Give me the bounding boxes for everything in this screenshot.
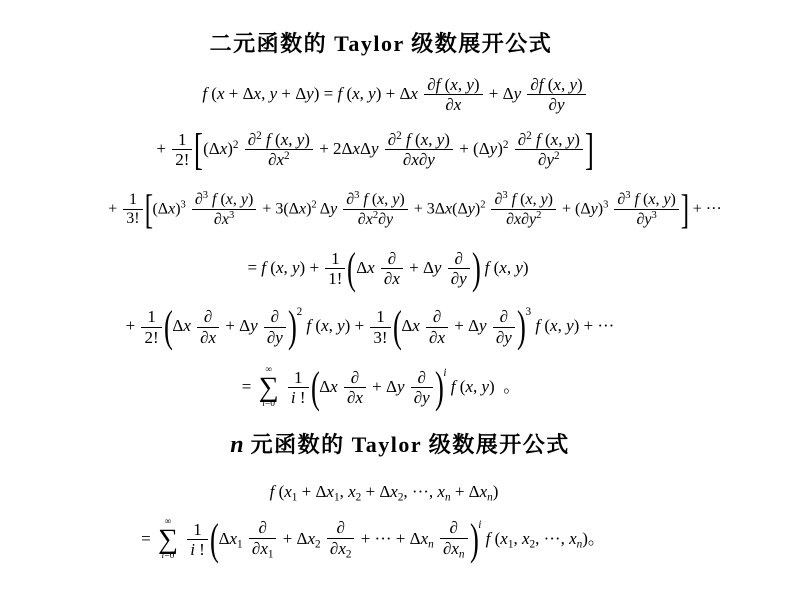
slide: 二元函数的 Taylor 级数展开公式 f (x + Δx, y + Δy) =… (0, 0, 800, 600)
formula-first-order-expansion: f (x + Δx, y + Δy) = f (x, y) + Δx ∂f (x… (0, 75, 795, 115)
title-two-variable-taylor: 二元函数的 Taylor 级数展开公式 (0, 30, 781, 59)
title-n-rest: 元函数的 Taylor 级数展开公式 (244, 432, 570, 457)
formula-two-var-summation: = ∞∑i=0 1i !(Δx ∂∂x + Δy ∂∂y)i f (x, y) … (0, 365, 781, 411)
formula-third-order-term: + 13![(Δx)3 ∂3 f (x, y)∂x3 + 3(Δx)2 Δy ∂… (15, 188, 800, 232)
n-variable-symbol: n (230, 432, 243, 458)
formula-n-var-summation: = ∞∑i=0 1i !(Δx1 ∂∂x1 + Δx2 ∂∂x2 + ··· +… (0, 517, 773, 563)
formula-operator-first-order: = f (x, y) + 11!(Δx ∂∂x + Δy ∂∂y) f (x, … (0, 246, 788, 292)
formula-n-var-function: f (x1 + Δx1, x2 + Δx2, ···, xn + Δxn) (0, 481, 784, 504)
title-n-variable-taylor: n 元函数的 Taylor 级数展开公式 (0, 430, 800, 461)
formula-operator-higher-orders: + 12!(Δx ∂∂x + Δy ∂∂y)2 f (x, y) + 13!(Δ… (0, 304, 770, 350)
formula-second-order-term: + 12![(Δx)2 ∂2 f (x, y)∂x2 + 2ΔxΔy ∂2 f … (0, 127, 775, 173)
